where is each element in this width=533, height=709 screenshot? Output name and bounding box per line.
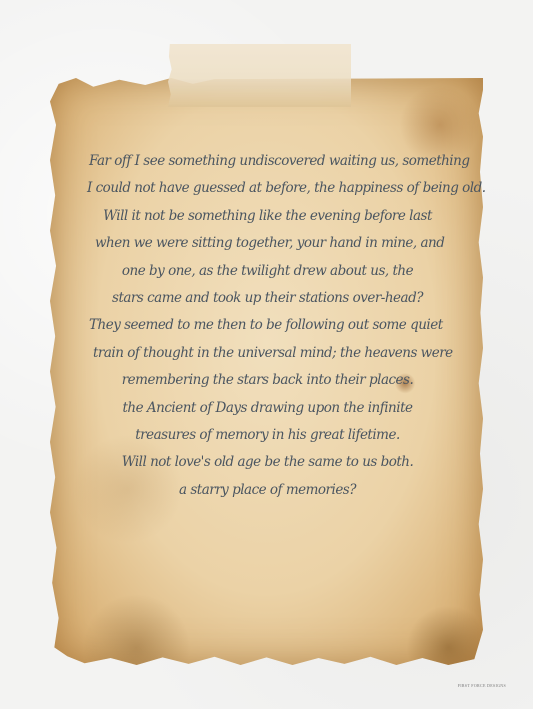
poem-line: They seemed to me then to be following o…	[89, 312, 440, 339]
handwritten-poem: Far off I see something undiscovered wai…	[95, 148, 440, 504]
poem-line: train of thought in the universal mind; …	[93, 340, 440, 367]
poem-line: stars came and took up their stations ov…	[95, 285, 440, 312]
poem-line: treasures of memory in his great lifetim…	[95, 422, 440, 449]
poem-line: Far off I see something undiscovered wai…	[89, 148, 440, 175]
poem-line: a starry place of memories?	[95, 477, 440, 504]
poem-line: Will it not be something like the evenin…	[95, 203, 440, 230]
poem-line: when we were sitting together, your hand…	[95, 230, 440, 257]
poem-line: one by one, as the twilight drew about u…	[95, 258, 440, 285]
artist-signature: FIRST FORCE DESIGNS	[450, 683, 506, 688]
masking-tape	[168, 44, 351, 107]
poem-line: remembering the stars back into their pl…	[95, 367, 440, 394]
poem-line: Will not love's old age be the same to u…	[95, 449, 440, 476]
poem-line: I could not have guessed at before, the …	[87, 175, 440, 202]
poem-line: the Ancient of Days drawing upon the inf…	[95, 395, 440, 422]
